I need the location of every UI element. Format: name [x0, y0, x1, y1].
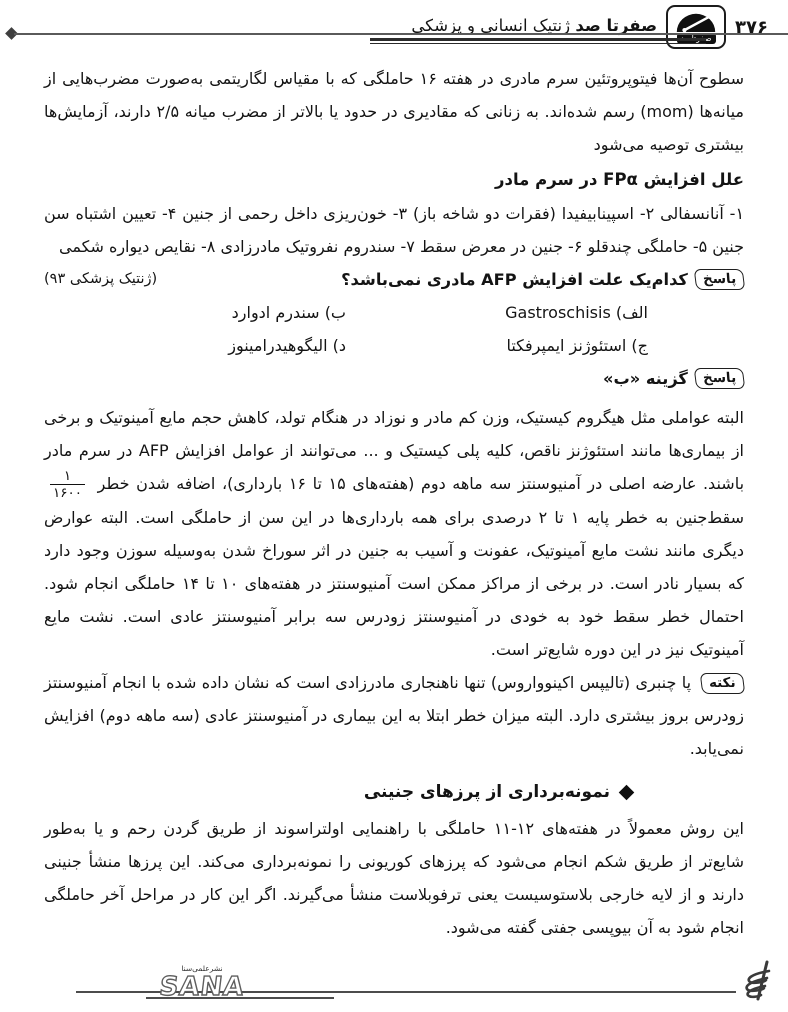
book-title-rest: ژنتیک انسانی و پزشکی	[411, 16, 570, 35]
option-a-text: Gastroschisis	[505, 303, 611, 322]
note-badge: نکته	[700, 673, 745, 694]
heading-afp-causes: علل افزایش FPα در سرم مادر	[44, 163, 744, 197]
speedometer-icon	[673, 9, 719, 33]
question-text: کدام‌یک علت افزایش AFP مادری نمی‌باشد؟	[341, 263, 688, 296]
option-b: ب) سندرم ادوارد	[44, 296, 346, 329]
fraction-1-1600: ۱ ۱۶۰۰	[50, 468, 85, 501]
option-d-label: د)	[333, 336, 346, 355]
fraction-numerator: ۱	[59, 468, 76, 484]
answer-text: گزینه «ب»	[603, 362, 688, 395]
book-title: صفرتا صد ژنتیک انسانی و پزشکی	[411, 16, 657, 39]
option-d-text: الیگوهیدرامینوز	[228, 336, 327, 355]
option-d: د) الیگوهیدرامینوز	[44, 329, 346, 362]
option-b-label: ب)	[325, 303, 346, 322]
answer-row: پاسخ گزینه «ب»	[44, 362, 744, 395]
page-content: سطوح آن‌ها فیتوپروتئین سرم مادری در هفته…	[0, 52, 788, 944]
note-block: نکته پا چنبری (تالیپس اکینوواروس) تنها ن…	[44, 666, 744, 765]
option-a: الف) Gastroschisis	[346, 296, 648, 329]
question-badge: پاسخ	[694, 269, 746, 290]
book-page: ۳۷۶ صفرتاصد صفرتا صد ژنتیک انسانی و پزشک…	[0, 0, 788, 1012]
header-rule	[14, 33, 788, 35]
header-rule-double	[370, 38, 706, 44]
book-title-bold: صفرتا صد	[575, 16, 657, 35]
fraction-denominator: ۱۶۰۰	[50, 484, 85, 501]
paragraph-amniocentesis: البته عواملی مثل هیگروم کیستیک، وزن کم م…	[44, 401, 744, 666]
note-text: پا چنبری (تالیپس اکینوواروس) تنها ناهنجا…	[44, 673, 744, 758]
answer-badge: پاسخ	[694, 368, 746, 389]
options-grid: الف) Gastroschisis ب) سندرم ادوارد ج) اس…	[44, 296, 744, 362]
publisher-footer-logo: نشرعلمی‌سنا SANA	[156, 964, 248, 1000]
option-c-label: ج)	[631, 336, 648, 355]
option-c: ج) استئوژنز ایمپرفکتا	[346, 329, 648, 362]
heading-cvs-text: نمونه‌برداری از پرزهای جنینی	[364, 777, 610, 807]
diamond-bullet-icon	[619, 784, 635, 800]
heading-cvs: نمونه‌برداری از پرزهای جنینی	[44, 777, 632, 807]
sana-logo-text: SANA	[154, 974, 249, 1000]
paragraph-afp-causes-list: ۱- آنانسفالی ۲- اسپینابیفیدا (فقرات دو ش…	[44, 197, 744, 263]
question-row: پاسخ کدام‌یک علت افزایش AFP مادری نمی‌با…	[44, 263, 744, 296]
amnio-text-after-fraction: سقط‌جنین به خطر پایه ۱ تا ۲ درصدی برای ه…	[44, 508, 744, 659]
option-b-text: سندرم ادوارد	[232, 303, 320, 322]
paragraph-cvs: این روش معمولاً در هفته‌های ۱۲-۱۱ حاملگی…	[44, 812, 744, 944]
question-source: (ژنتیک پزشکی ۹۳)	[44, 263, 157, 296]
paragraph-afp-levels: سطوح آن‌ها فیتوپروتئین سرم مادری در هفته…	[44, 62, 744, 161]
page-header: ۳۷۶ صفرتاصد صفرتا صد ژنتیک انسانی و پزشک…	[0, 0, 788, 52]
option-a-label: الف)	[616, 303, 648, 322]
amnio-text-before-fraction: البته عواملی مثل هیگروم کیستیک، وزن کم م…	[44, 408, 744, 493]
option-c-text: استئوژنز ایمپرفکتا	[506, 336, 626, 355]
signature-scribble-icon	[727, 960, 775, 1002]
page-footer: نشرعلمی‌سنا SANA	[0, 950, 788, 1012]
